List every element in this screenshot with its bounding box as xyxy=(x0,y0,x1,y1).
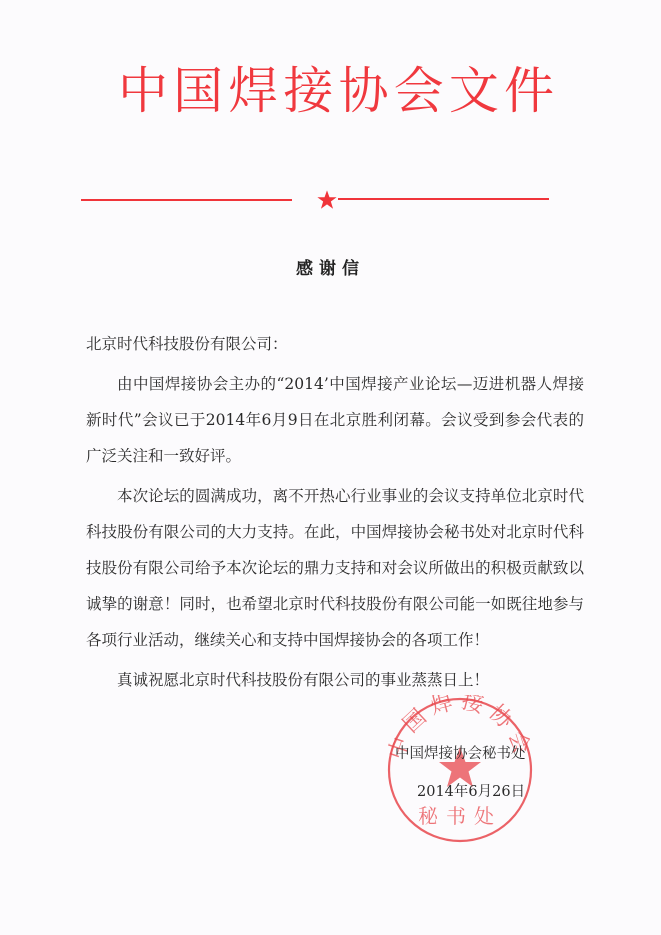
masthead-title: 中 国 焊 接 协 会 文 件 xyxy=(118,60,554,122)
letter-body: 北京时代科技股份有限公司： 由中国焊接协会主办的“2014’中国焊接产业论坛—迈… xyxy=(86,326,584,698)
masthead-char: 焊 xyxy=(228,60,278,122)
signature-date: 2014年6月26日 xyxy=(417,780,597,801)
paragraph: 本次论坛的圆满成功，离不开热心行业事业的会议支持单位北京时代科技股份有限公司的大… xyxy=(86,478,584,658)
masthead-char: 会 xyxy=(394,60,444,122)
paragraph: 真诚祝愿北京时代科技股份有限公司的事业蒸蒸日上！ xyxy=(86,662,584,698)
official-seal: 中国焊接协会 秘书处 xyxy=(385,695,535,845)
document-page: 中 国 焊 接 协 会 文 件 感谢信 北京时代科技股份有限公司： 由中国焊接协… xyxy=(0,0,661,935)
star-icon xyxy=(316,189,338,211)
salutation: 北京时代科技股份有限公司： xyxy=(86,326,584,362)
paragraph: 由中国焊接协会主办的“2014’中国焊接产业论坛—迈进机器人焊接新时代”会议已于… xyxy=(86,366,584,474)
letter-title: 感谢信 xyxy=(0,254,661,279)
divider-line-left xyxy=(81,199,292,201)
masthead-char: 中 xyxy=(118,60,168,122)
seal-bottom-text: 秘书处 xyxy=(418,804,502,828)
masthead-char: 文 xyxy=(449,60,499,122)
masthead-char: 国 xyxy=(173,60,223,122)
masthead-char: 件 xyxy=(504,60,554,122)
divider-line-right xyxy=(338,198,549,200)
masthead-char: 协 xyxy=(339,60,389,122)
masthead-char: 接 xyxy=(283,60,333,122)
signature-organization: 中国焊接协会秘书处 xyxy=(395,742,575,763)
